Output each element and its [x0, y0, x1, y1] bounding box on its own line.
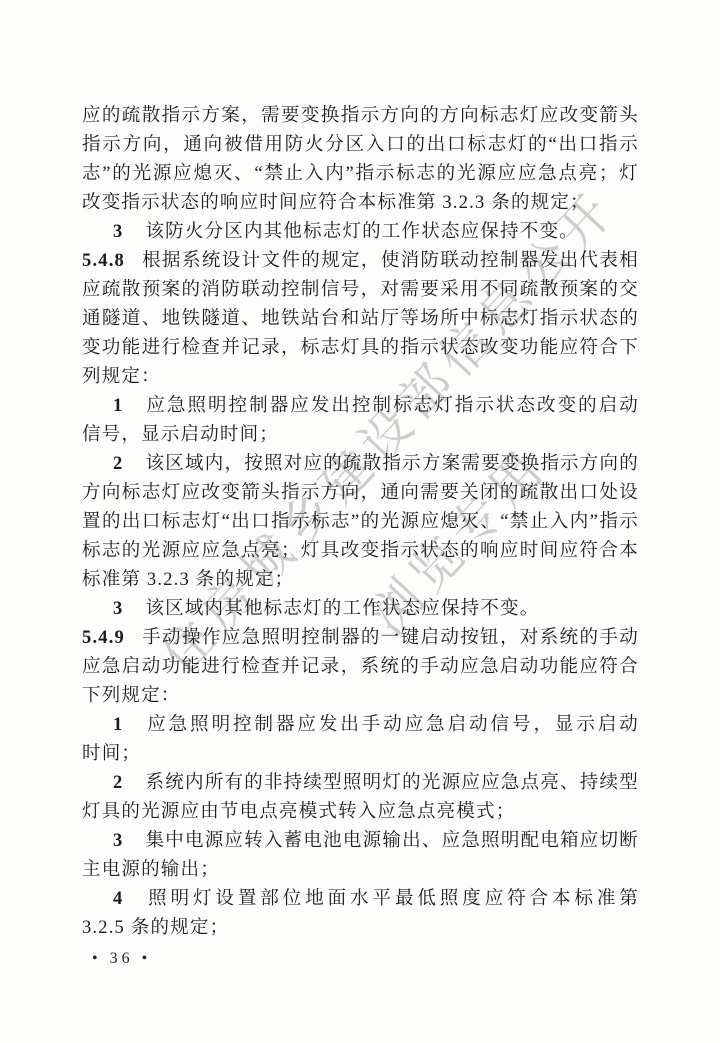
text-line: 灯具的光源应由节电点亮模式转入应急点亮模式；: [82, 798, 639, 827]
line-text: 志”的光源应熄灭、“禁止入内”指示标志的光源应应急点亮；灯具: [82, 164, 639, 189]
line-text: 通隧道、地铁隧道、地铁站台和站厅等场所中标志灯指示状态的改: [82, 309, 639, 334]
line-text: 信号，显示启动时间；: [82, 425, 279, 445]
line-text: 应的疏散指示方案，需要变换指示方向的方向标志灯应改变箭头: [82, 106, 639, 126]
line-text: 指示方向，通向被借用防火分区入口的出口标志灯的“出口指示标: [82, 135, 639, 160]
text-line: 列规定：: [82, 363, 639, 392]
line-text: 变功能进行检查并记录，标志灯具的指示状态改变功能应符合下: [82, 338, 639, 358]
text-line: 1应急照明控制器应发出手动应急启动信号，显示启动: [82, 711, 639, 740]
page-number: • 36 •: [92, 950, 151, 968]
text-lines: 应的疏散指示方案，需要变换指示方向的方向标志灯应改变箭头指示方向，通向被借用防火…: [82, 102, 639, 943]
line-text: 手动操作应急照明控制器的一键启动按钮，对系统的手动: [142, 628, 639, 648]
item-number: 2: [113, 454, 123, 474]
line-text: 标志的光源应应急点亮；灯具改变指示状态的响应时间应符合本: [82, 541, 639, 561]
text-line: 通隧道、地铁隧道、地铁站台和站厅等场所中标志灯指示状态的改: [82, 305, 639, 334]
text-line: 5.4.9手动操作应急照明控制器的一键启动按钮，对系统的手动: [82, 624, 639, 653]
line-text: 置的出口标志灯“出口指示标志”的光源应熄灭、“禁止入内”指示: [82, 512, 639, 532]
text-line: 2该区域内，按照对应的疏散指示方案需要变换指示方向的: [82, 450, 639, 479]
item-number: 3: [113, 222, 123, 242]
line-text: 主电源的输出；: [82, 860, 220, 880]
text-line: 应急启动功能进行检查并记录，系统的手动应急启动功能应符合: [82, 653, 639, 682]
line-text: 应急照明控制器应发出手动应急启动信号，显示启动: [145, 715, 639, 735]
item-number: 1: [113, 396, 123, 416]
line-text: 改变指示状态的响应时间应符合本标准第 3.2.3 条的规定；: [82, 193, 590, 213]
line-text: 该区域内其他标志灯的工作状态应保持不变。: [145, 599, 539, 619]
text-line: 应疏散预案的消防联动控制信号，对需要采用不同疏散预案的交: [82, 276, 639, 305]
text-line: 3该防火分区内其他标志灯的工作状态应保持不变。: [82, 218, 639, 247]
item-number: 3: [113, 599, 123, 619]
line-text: 应急照明控制器应发出控制标志灯指示状态改变的启动: [145, 396, 639, 416]
line-text: 该区域内，按照对应的疏散指示方案需要变换指示方向的: [145, 454, 639, 474]
line-text: 3.2.5 条的规定；: [82, 918, 229, 938]
line-text: 标准第 3.2.3 条的规定；: [82, 570, 294, 590]
line-text: 照明灯设置部位地面水平最低照度应符合本标准第: [145, 889, 639, 909]
text-line: 4照明灯设置部位地面水平最低照度应符合本标准第: [82, 885, 639, 914]
item-number: 1: [113, 715, 123, 735]
text-line: 指示方向，通向被借用防火分区入口的出口标志灯的“出口指示标: [82, 131, 639, 160]
text-line: 5.4.8根据系统设计文件的规定，使消防联动控制器发出代表相: [82, 247, 639, 276]
section-number: 5.4.9: [82, 628, 125, 648]
line-text: 系统内所有的非持续型照明灯的光源应应急点亮、持续型: [145, 773, 639, 793]
text-line: 3该区域内其他标志灯的工作状态应保持不变。: [82, 595, 639, 624]
text-line: 置的出口标志灯“出口指示标志”的光源应熄灭、“禁止入内”指示: [82, 508, 639, 537]
line-text: 应疏散预案的消防联动控制信号，对需要采用不同疏散预案的交: [82, 280, 639, 300]
text-line: 时间；: [82, 740, 639, 769]
text-line: 应的疏散指示方案，需要变换指示方向的方向标志灯应改变箭头: [82, 102, 639, 131]
line-text: 该防火分区内其他标志灯的工作状态应保持不变。: [145, 222, 578, 242]
item-number: 3: [113, 831, 123, 851]
line-text: 时间；: [82, 744, 141, 764]
text-line: 1应急照明控制器应发出控制标志灯指示状态改变的启动: [82, 392, 639, 421]
section-number: 5.4.8: [82, 251, 125, 271]
text-line: 方向标志灯应改变箭头指示方向，通向需要关闭的疏散出口处设: [82, 479, 639, 508]
text-line: 2系统内所有的非持续型照明灯的光源应应急点亮、持续型: [82, 769, 639, 798]
line-text: 方向标志灯应改变箭头指示方向，通向需要关闭的疏散出口处设: [82, 483, 639, 503]
text-line: 志”的光源应熄灭、“禁止入内”指示标志的光源应应急点亮；灯具: [82, 160, 639, 189]
line-text: 根据系统设计文件的规定，使消防联动控制器发出代表相: [142, 251, 639, 271]
line-text: 列规定：: [82, 367, 161, 387]
text-line: 信号，显示启动时间；: [82, 421, 639, 450]
text-line: 3.2.5 条的规定；: [82, 914, 639, 943]
line-text: 下列规定：: [82, 686, 181, 706]
line-text: 集中电源应转入蓄电池电源输出、应急照明配电箱应切断: [145, 831, 639, 851]
document-page: 住房城乡建设部信息公开 浏览专用 应的疏散指示方案，需要变换指示方向的方向标志灯…: [0, 0, 720, 1043]
item-number: 4: [113, 889, 123, 909]
text-line: 标志的光源应应急点亮；灯具改变指示状态的响应时间应符合本: [82, 537, 639, 566]
text-line: 变功能进行检查并记录，标志灯具的指示状态改变功能应符合下: [82, 334, 639, 363]
line-text: 灯具的光源应由节电点亮模式转入应急点亮模式；: [82, 802, 515, 822]
text-line: 下列规定：: [82, 682, 639, 711]
line-text: 应急启动功能进行检查并记录，系统的手动应急启动功能应符合: [82, 657, 639, 677]
item-number: 2: [113, 773, 123, 793]
text-line: 标准第 3.2.3 条的规定；: [82, 566, 639, 595]
text-line: 改变指示状态的响应时间应符合本标准第 3.2.3 条的规定；: [82, 189, 639, 218]
text-line: 主电源的输出；: [82, 856, 639, 885]
text-line: 3集中电源应转入蓄电池电源输出、应急照明配电箱应切断: [82, 827, 639, 856]
